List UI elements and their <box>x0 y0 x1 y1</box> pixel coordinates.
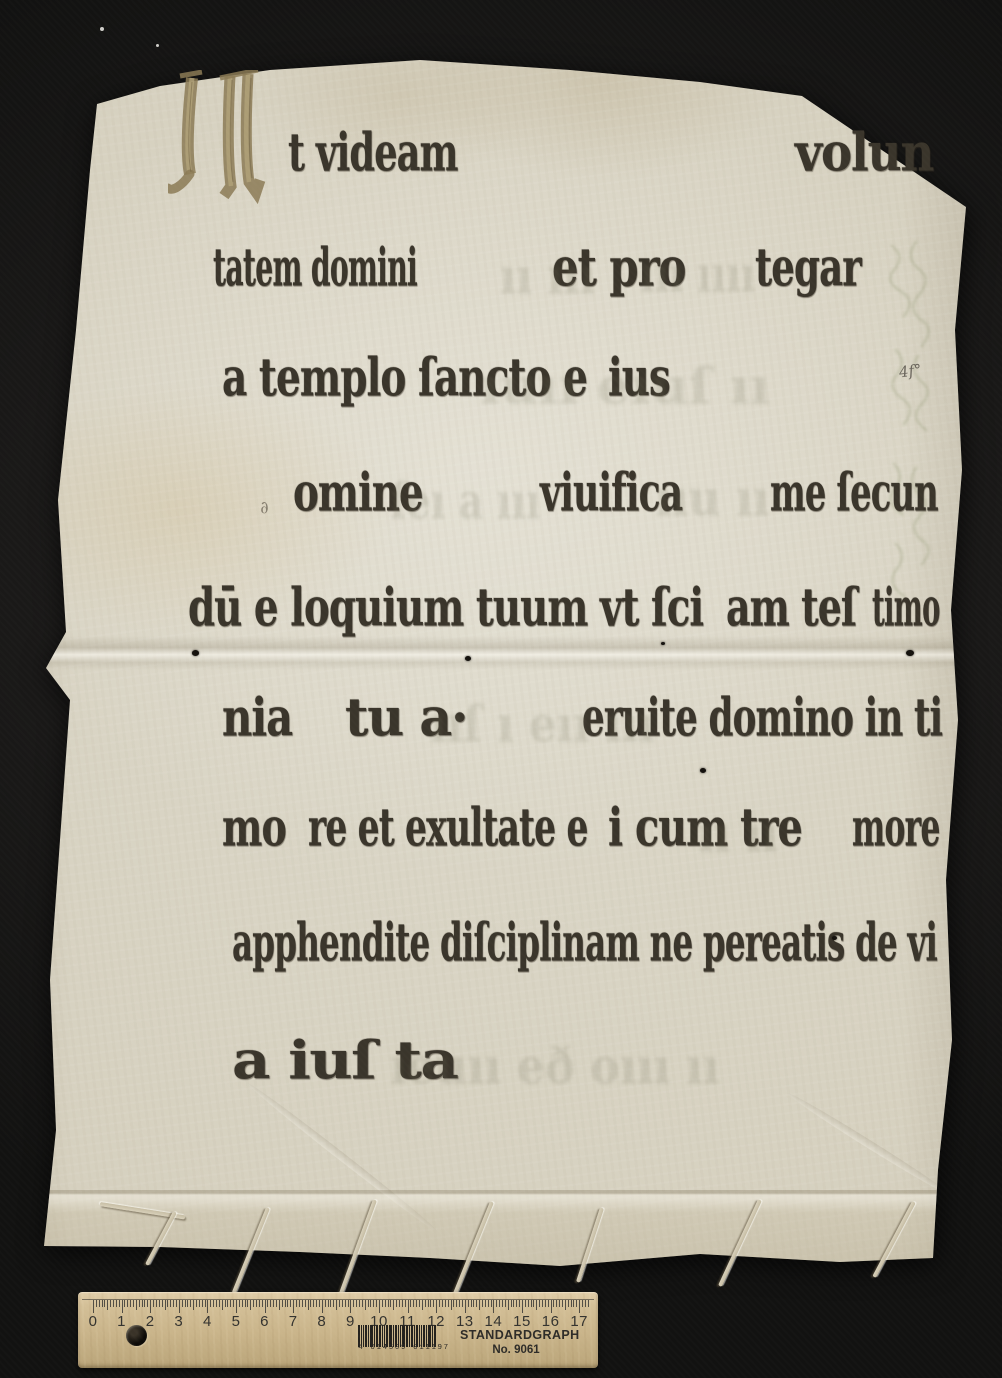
ruler-tick <box>548 1300 549 1307</box>
ruler-tick <box>359 1300 360 1307</box>
ghost-text-fragment: ııu ıı <box>655 474 770 523</box>
ruler-tick <box>285 1300 286 1307</box>
ruler-tick <box>199 1300 200 1307</box>
dust-speck <box>100 27 104 31</box>
ruler-tick <box>265 1300 266 1313</box>
ruler-tick <box>545 1300 546 1307</box>
ruler-tick <box>205 1300 206 1307</box>
ruler-tick <box>479 1300 480 1310</box>
ruler-tick <box>476 1300 477 1307</box>
text-word: timo <box>872 582 940 635</box>
ruler-tick <box>322 1300 323 1313</box>
ruler-tick <box>233 1300 234 1307</box>
ruler-tick <box>122 1300 123 1313</box>
ruler-tick <box>376 1300 377 1307</box>
ruler-tick <box>102 1300 103 1307</box>
ruler-tick <box>345 1300 346 1307</box>
ruler-tick <box>313 1300 314 1307</box>
ruler-tick <box>185 1300 186 1307</box>
ruler-tick <box>493 1300 494 1313</box>
ruler-number: 8 <box>317 1313 326 1330</box>
ruler-number: 2 <box>146 1313 155 1330</box>
ruler-tick <box>142 1300 143 1307</box>
ruler-tick <box>256 1300 257 1307</box>
ruler-tick <box>556 1300 557 1307</box>
ruler-tick <box>202 1300 203 1307</box>
ruler-tick <box>488 1300 489 1307</box>
dust-speck <box>156 44 159 47</box>
ruler-tick <box>408 1300 409 1313</box>
text-word: dū e loquium tuum vt ſci <box>188 582 703 635</box>
ruler-tick <box>193 1300 194 1310</box>
barcode: 4 014509 011197 <box>358 1325 450 1355</box>
ruler-tick <box>519 1300 520 1307</box>
ruler-tick <box>267 1300 268 1307</box>
ruler-tick <box>428 1300 429 1307</box>
ghost-text-fragment: ıı ııı <box>500 252 596 301</box>
ruler-tick <box>356 1300 357 1307</box>
ruler-tick <box>565 1300 566 1310</box>
ruler-tick <box>396 1300 397 1307</box>
ghost-text-fragment: ııſ ı eıı ııı <box>430 700 655 749</box>
ruler-tick <box>159 1300 160 1307</box>
ruler-tick <box>136 1300 137 1310</box>
barcode-digits: 4 014509 011197 <box>358 1344 450 1352</box>
ruler-tick <box>259 1300 260 1307</box>
ruler-tick <box>262 1300 263 1307</box>
ruler-tick <box>451 1300 452 1310</box>
ruler-tick <box>282 1300 283 1307</box>
ruler-tick <box>173 1300 174 1307</box>
ruler-tick <box>253 1300 254 1307</box>
ruler-tick <box>439 1300 440 1307</box>
text-word: tatem domini <box>213 242 417 295</box>
ruler-tick <box>399 1300 400 1307</box>
ruler-tick <box>511 1300 512 1307</box>
ruler-tick <box>328 1300 329 1307</box>
wormhole-dot <box>832 936 837 940</box>
wormhole-dot <box>192 650 199 656</box>
ruler-tick <box>96 1300 97 1307</box>
ruler-tick <box>336 1300 337 1310</box>
ruler-model: No. 9061 <box>460 1344 572 1356</box>
folded-bottom-edge <box>44 1190 944 1266</box>
ruler-tick <box>459 1300 460 1307</box>
ruler-tick <box>482 1300 483 1307</box>
ruler-tick <box>165 1300 166 1310</box>
ruler-brand-block: STANDARDGRAPH No. 9061 <box>460 1328 572 1356</box>
ruler-tick <box>339 1300 340 1307</box>
ruler-tick <box>119 1300 120 1307</box>
ruler-tick <box>525 1300 526 1307</box>
ghost-text-fragment: ııı ıııı <box>640 250 755 299</box>
ruler-tick <box>502 1300 503 1307</box>
ruler-tick <box>413 1300 414 1307</box>
ruler-tick <box>296 1300 297 1307</box>
ruler-tick <box>445 1300 446 1307</box>
ruler-tick <box>513 1300 514 1307</box>
ruler-tick <box>216 1300 217 1307</box>
ruler-tick <box>585 1300 586 1307</box>
ruler-tick <box>290 1300 291 1307</box>
ruler-tick <box>93 1300 94 1313</box>
ruler-tick <box>499 1300 500 1307</box>
ruler-tick <box>430 1300 431 1307</box>
ruler-tick <box>293 1300 294 1313</box>
ghost-text-fragment: ſeı a ııı <box>390 477 540 526</box>
ruler-tick <box>425 1300 426 1307</box>
ruler-tick <box>225 1300 226 1307</box>
ruler-tick <box>107 1300 108 1310</box>
text-word: volun <box>795 127 933 180</box>
ruler-tick <box>147 1300 148 1307</box>
ruler-tick <box>239 1300 240 1307</box>
text-word: more <box>852 802 940 855</box>
ruler-tick <box>473 1300 474 1307</box>
ruler-tick <box>167 1300 168 1307</box>
ruler-tick <box>213 1300 214 1307</box>
ruler-tick <box>182 1300 183 1307</box>
ruler-tick <box>516 1300 517 1307</box>
ruler-tick <box>390 1300 391 1307</box>
ruler-hanging-hole <box>126 1325 147 1346</box>
ruler-number: 5 <box>232 1313 241 1330</box>
ruler-tick <box>393 1300 394 1310</box>
ruler-tick <box>471 1300 472 1307</box>
ruler-tick <box>362 1300 363 1307</box>
wormhole-dot <box>700 768 706 773</box>
ruler-tick <box>319 1300 320 1307</box>
ruler-tick <box>559 1300 560 1307</box>
ghost-text-fragment: ıeuıı eð oııı ıı <box>390 1042 720 1091</box>
ruler-tick <box>316 1300 317 1307</box>
ruler-tick <box>305 1300 306 1307</box>
ruler-tick <box>388 1300 389 1307</box>
ruler-tick <box>465 1300 466 1313</box>
text-word: tegar <box>755 242 861 295</box>
ruler-tick <box>276 1300 277 1307</box>
ruler-tick <box>219 1300 220 1307</box>
ruler-tick <box>542 1300 543 1307</box>
ghost-text-fragment: ıı ıı <box>698 810 778 859</box>
ruler-tick <box>227 1300 228 1307</box>
ruler-tick <box>190 1300 191 1307</box>
ruler-tick <box>416 1300 417 1307</box>
ruler-tick <box>536 1300 537 1310</box>
ruler-tick <box>382 1300 383 1307</box>
ruler-tick <box>422 1300 423 1310</box>
ruler-tick <box>279 1300 280 1310</box>
text-word: t videam <box>288 127 458 180</box>
ruler-tick <box>342 1300 343 1307</box>
ruler-tick <box>236 1300 237 1313</box>
ruler-number: 1 <box>117 1313 126 1330</box>
ruler-tick <box>551 1300 552 1313</box>
ruler-tick <box>179 1300 180 1313</box>
text-word: me ſecun <box>770 467 938 520</box>
ruler-number: 9 <box>346 1313 355 1330</box>
margin-annotation: 4f° <box>898 361 923 382</box>
ruler-tick <box>302 1300 303 1307</box>
ruler-tick <box>468 1300 469 1307</box>
ruler-tick <box>405 1300 406 1307</box>
ruler-tick <box>419 1300 420 1307</box>
ruler-tick <box>230 1300 231 1307</box>
photo-stage: U t v <box>0 0 1002 1378</box>
ruler-tick <box>222 1300 223 1310</box>
text-word: mo <box>222 802 286 855</box>
ruler-number: 4 <box>203 1313 212 1330</box>
ruler-number: 3 <box>174 1313 183 1330</box>
ruler-tick <box>448 1300 449 1307</box>
ruler-tick <box>588 1300 589 1307</box>
ruler-tick <box>273 1300 274 1307</box>
ruler-tick <box>113 1300 114 1307</box>
text-word: re et exultate e <box>308 802 588 855</box>
ruler-tick <box>453 1300 454 1307</box>
ruler-tick <box>99 1300 100 1307</box>
marginalia-faint-script <box>872 238 952 623</box>
ruler-tick <box>110 1300 111 1307</box>
ruler-tick <box>104 1300 105 1307</box>
ruler-tick <box>410 1300 411 1307</box>
ruler-tick <box>196 1300 197 1307</box>
ruler-tick <box>130 1300 131 1307</box>
ruler-tick <box>576 1300 577 1307</box>
text-word: apphendite diſciplinam ne pereatis de vi <box>232 917 937 970</box>
ruler-tick <box>287 1300 288 1307</box>
ruler-tick <box>207 1300 208 1313</box>
ruler-tick <box>491 1300 492 1307</box>
ruler: 01234567891011121314151617 4 014509 0111… <box>78 1292 598 1368</box>
ruler-tick <box>153 1300 154 1307</box>
ruler-tick <box>573 1300 574 1307</box>
ruler-tick <box>245 1300 246 1307</box>
ruler-tick <box>531 1300 532 1307</box>
ruler-tick <box>308 1300 309 1310</box>
ruler-tick <box>353 1300 354 1307</box>
wormhole-dot <box>465 656 471 661</box>
ruler-tick <box>325 1300 326 1307</box>
ghost-text-fragment: ıuıı eıuſ ıı <box>480 362 770 411</box>
ruler-tick <box>127 1300 128 1307</box>
ruler-tick <box>508 1300 509 1310</box>
ruler-tick <box>568 1300 569 1307</box>
ruler-tick <box>562 1300 563 1307</box>
ruler-brand: STANDARDGRAPH <box>460 1328 572 1342</box>
ruler-tick <box>210 1300 211 1307</box>
ruler-number: 7 <box>289 1313 298 1330</box>
ruler-tick <box>579 1300 580 1313</box>
text-word: am teſ <box>726 582 856 635</box>
ruler-tick <box>370 1300 371 1307</box>
ruler-tick <box>368 1300 369 1307</box>
ruler-tick <box>402 1300 403 1307</box>
ruler-tick <box>365 1300 366 1310</box>
ruler-tick <box>187 1300 188 1307</box>
ruler-tick <box>528 1300 529 1307</box>
ruler-tick <box>176 1300 177 1307</box>
ruler-tick <box>124 1300 125 1307</box>
ruler-tick <box>456 1300 457 1307</box>
ruler-number: 0 <box>89 1313 98 1330</box>
ruler-tick <box>350 1300 351 1313</box>
ruler-tick <box>582 1300 583 1307</box>
ruler-tick <box>533 1300 534 1307</box>
ruler-tick <box>348 1300 349 1307</box>
ruler-tick <box>385 1300 386 1307</box>
crease-line <box>786 1090 951 1197</box>
ruler-tick <box>442 1300 443 1307</box>
ruler-tick <box>539 1300 540 1307</box>
initial-U: U <box>168 70 284 204</box>
ruler-tick <box>133 1300 134 1307</box>
ruler-tick <box>553 1300 554 1307</box>
ruler-tick <box>150 1300 151 1313</box>
ruler-tick <box>116 1300 117 1307</box>
ruler-tick <box>250 1300 251 1310</box>
ruler-tick <box>433 1300 434 1307</box>
ruler-tick <box>170 1300 171 1307</box>
ruler-tick <box>247 1300 248 1307</box>
ruler-tick <box>436 1300 437 1313</box>
ruler-tick <box>299 1300 300 1307</box>
horizontal-fold-crease <box>46 636 958 670</box>
ruler-tick <box>330 1300 331 1307</box>
ruler-tick <box>373 1300 374 1307</box>
ruler-tick <box>522 1300 523 1313</box>
ruler-tick <box>156 1300 157 1307</box>
ruler-tick <box>162 1300 163 1307</box>
ruler-tick <box>485 1300 486 1307</box>
text-word: nia <box>222 692 292 745</box>
ruler-tick <box>270 1300 271 1307</box>
ruler-tick <box>242 1300 243 1307</box>
ruler-number: 6 <box>260 1313 269 1330</box>
ruler-tick <box>496 1300 497 1307</box>
ruler-tick <box>310 1300 311 1307</box>
ruler-tick <box>139 1300 140 1307</box>
ruler-tick <box>333 1300 334 1307</box>
ruler-tick <box>144 1300 145 1307</box>
ruler-tick <box>571 1300 572 1307</box>
ruler-tick <box>505 1300 506 1307</box>
ruler-tick <box>379 1300 380 1313</box>
ruler-tick <box>462 1300 463 1307</box>
